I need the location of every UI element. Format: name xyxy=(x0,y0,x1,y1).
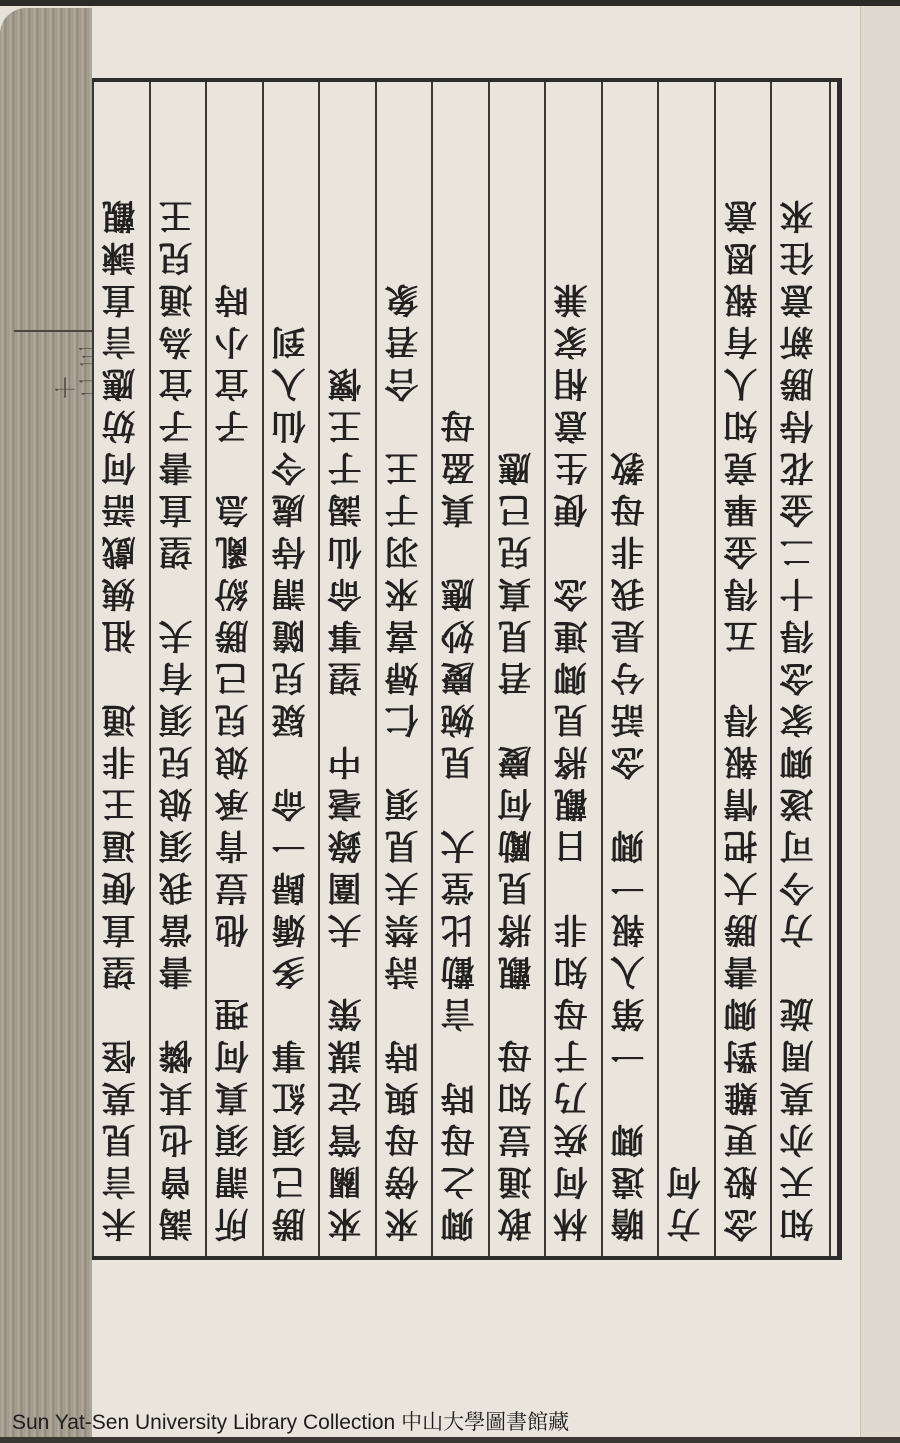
column-text: 方何 xyxy=(659,82,714,1256)
column-text: 未言見莫怪 望直便逼王非通 祖姨戲語何妨應言直諫觀 xyxy=(94,82,149,1256)
text-column: 瞻遠卿 一第入報一卿 念話兮是我非母教 xyxy=(601,82,658,1256)
column-text: 謁曾也其憐 書當我須娘兒須有夫 望直書子宜為通兒王 xyxy=(151,82,206,1256)
edge-page-marks: 二十三 xyxy=(30,363,100,403)
frame-double-rule xyxy=(829,82,831,1256)
column-text: 勝己須紅事 多嬌歸一命 疑兒隨謂侍處令仙入到 xyxy=(264,82,319,1256)
column-text: 瞻遠卿 一第入報一卿 念話兮是我非母教 xyxy=(603,82,658,1256)
scan-bottom-shadow xyxy=(0,1437,900,1443)
text-column: 來關管定謀策 夫圍錄毫中 望事命仙謁于王懷 xyxy=(318,82,375,1256)
column-text: 來關管定謀策 夫圍錄毫中 望事命仙謁于王懷 xyxy=(320,82,375,1256)
text-column: 林何疾乃于母知非 日觀將見卿連念 便生意相家兼 xyxy=(544,82,601,1256)
book-page-edges: 二十三 xyxy=(0,8,92,1443)
adjacent-page xyxy=(860,6,900,1437)
column-text: 卿之母時 言勸比堂大 見婉慶妙應 真盈母 xyxy=(433,82,488,1256)
column-text: 知天亦莫周旋 方今可遂卿家念得十二金花侍勝新意往來 xyxy=(772,82,827,1256)
column-text: 敢通豈知母 觀將見勵何慶 君見真兒已應 xyxy=(490,82,545,1256)
column-text: 念般更難對卿書勝大把情報得 五得金畢竟知人有報恩意 xyxy=(716,82,771,1256)
column-text: 所謂須真何理 他豈肯承娘兒己勝紛亂急 子宜小時 xyxy=(207,82,262,1256)
text-column: 來傍母與時 詩禁夫見須 仁婦喜來羽于王 合君象 xyxy=(375,82,432,1256)
text-column: 知天亦莫周旋 方今可遂卿家念得十二金花侍勝新意往來 xyxy=(770,82,827,1256)
text-column: 念般更難對卿書勝大把情報得 五得金畢竟知人有報恩意 xyxy=(714,82,771,1256)
text-column: 勝己須紅事 多嬌歸一命 疑兒隨謂侍處令仙入到 xyxy=(262,82,319,1256)
library-watermark: Sun Yat-Sen University Library Collectio… xyxy=(12,1406,569,1436)
column-text: 林何疾乃于母知非 日觀將見卿連念 便生意相家兼 xyxy=(546,82,601,1256)
text-column: 謁曾也其憐 書當我須娘兒須有夫 望直書子宜為通兒王 xyxy=(149,82,206,1256)
column-text: 來傍母與時 詩禁夫見須 仁婦喜來羽于王 合君象 xyxy=(377,82,432,1256)
text-column: 方何 xyxy=(657,82,714,1256)
text-column: 卿之母時 言勸比堂大 見婉慶妙應 真盈母 xyxy=(431,82,488,1256)
text-column: 所謂須真何理 他豈肯承娘兒己勝紛亂急 子宜小時 xyxy=(205,82,262,1256)
text-column: 敢通豈知母 觀將見勵何慶 君見真兒已應 xyxy=(488,82,545,1256)
text-columns: 未言見莫怪 望直便逼王非通 祖姨戲語何妨應言直諫觀 謁曾也其憐 書當我須娘兒須有… xyxy=(92,82,827,1256)
text-column: 未言見莫怪 望直便逼王非通 祖姨戲語何妨應言直諫觀 xyxy=(92,82,149,1256)
text-frame: 未言見莫怪 望直便逼王非通 祖姨戲語何妨應言直諫觀 謁曾也其憐 書當我須娘兒須有… xyxy=(92,78,842,1260)
